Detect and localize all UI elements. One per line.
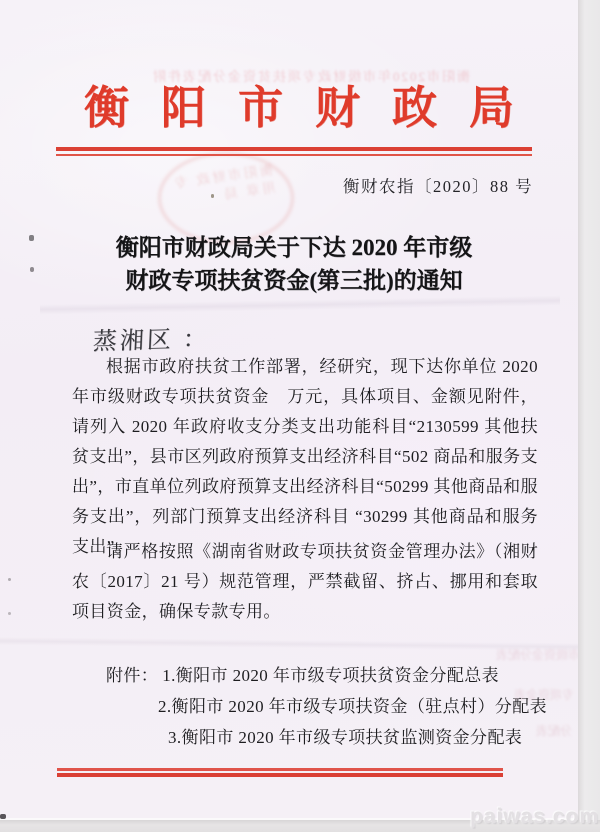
bleed-through-text-bottom: 市级资金分配表	[468, 646, 580, 663]
attachment-item-2: 2.衡阳市 2020 年市级专项扶资金（驻点村）分配表	[106, 691, 547, 722]
scan-speck	[0, 814, 6, 819]
document-title-line1: 衡阳市财政局关于下达 2020 年市级	[56, 231, 532, 264]
red-separator-line-top-thick	[56, 147, 532, 151]
scanner-background-right	[578, 0, 600, 832]
letterhead-agency-name: 衡阳市财政局	[0, 84, 578, 132]
red-separator-line-top-thin	[56, 154, 532, 156]
document-number: 衡财农指〔2020〕88 号	[343, 173, 533, 197]
document-page: 衡阳市2020年市级财政专项扶贫资金分配表件附 衡阳市财政局 衡阳市财政 专用章…	[0, 0, 578, 820]
attachment-list: 附件：1.衡阳市 2020 年市级专项扶贫资金分配总表 2.衡阳市 2020 年…	[106, 660, 547, 753]
scan-speck	[29, 235, 34, 241]
red-separator-line-bottom-thin	[57, 768, 503, 771]
bleed-through-text-bottom: 专项资金表	[484, 686, 574, 703]
body-paragraph-1: 根据市政府扶贫工作部署，经研究，现下达你单位 2020 年市级财政专项扶贫资金 …	[72, 352, 538, 562]
document-title-line2: 财政专项扶贫资金(第三批)的通知	[56, 264, 532, 297]
body-paragraph-2: 请严格按照《湖南省财政专项扶贫资金管理办法》（湘财农〔2017〕21 号）规范管…	[72, 537, 538, 627]
recipient-handwritten: 蒸湘区 ：	[92, 318, 210, 356]
paper-crease	[40, 295, 560, 314]
bleed-through-text-bottom: 分配表	[512, 722, 572, 739]
attachment-item-1: 附件：1.衡阳市 2020 年市级专项扶贫资金分配总表	[106, 660, 547, 691]
attachment-label: 附件：	[106, 666, 158, 685]
watermark: paiwas.com	[470, 805, 599, 829]
document-title: 衡阳市财政局关于下达 2020 年市级 财政专项扶贫资金(第三批)的通知	[56, 231, 532, 297]
scan-speck	[30, 267, 34, 272]
red-separator-line-bottom-thick	[57, 773, 503, 777]
scan-speck	[8, 612, 11, 615]
scan-speck	[211, 194, 214, 198]
attachment-item-3: 3.衡阳市 2020 年市级专项扶贫监测资金分配表	[106, 722, 547, 753]
scan-speck	[8, 578, 11, 581]
scanned-document: 衡阳市2020年市级财政专项扶贫资金分配表件附 衡阳市财政局 衡阳市财政 专用章…	[0, 0, 600, 832]
